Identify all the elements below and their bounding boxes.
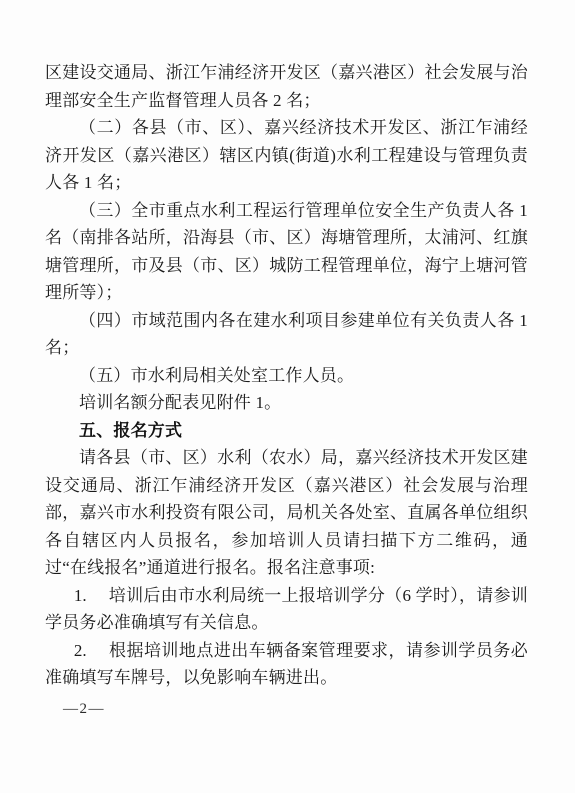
paragraph: （五）市水利局相关处室工作人员。: [45, 362, 528, 390]
paragraph-text: （五）市水利局相关处室工作人员。: [79, 366, 354, 385]
paragraph: 请各县（市、区）水利（农水）局，嘉兴经济技术开发区建设交通局、浙江乍浦经济开发区…: [45, 444, 528, 582]
paragraph-text: （四）市域范围内各在建水利项目参建单位有关负责人各 1 名；: [45, 311, 528, 358]
paragraph: 2.根据培训地点进出车辆备案管理要求，请参训学员务必准确填写车牌号，以免影响车辆…: [45, 637, 528, 692]
paragraph: （三）全市重点水利工程运行管理单位安全生产负责人各 1 名（南排各站所，沿海县（…: [45, 197, 528, 307]
paragraph-text: 请各县（市、区）水利（农水）局，嘉兴经济技术开发区建设交通局、浙江乍浦经济开发区…: [45, 448, 528, 577]
document-body: 区建设交通局、浙江乍浦经济开发区（嘉兴港区）社会发展与治理部安全生产监督管理人员…: [45, 59, 528, 692]
paragraph: （四）市域范围内各在建水利项目参建单位有关负责人各 1 名；: [45, 307, 528, 362]
paragraph-text: （二）各县（市、区）、嘉兴经济技术开发区、浙江乍浦经济开发区（嘉兴港区）辖区内镇…: [45, 118, 528, 192]
document-page: 区建设交通局、浙江乍浦经济开发区（嘉兴港区）社会发展与治理部安全生产监督管理人员…: [0, 0, 575, 793]
paragraph: （二）各县（市、区）、嘉兴经济技术开发区、浙江乍浦经济开发区（嘉兴港区）辖区内镇…: [45, 114, 528, 197]
paragraph-text: 培训名额分配表见附件 1。: [79, 393, 281, 412]
list-marker: 1.: [74, 586, 87, 605]
paragraph-text: 五、报名方式: [79, 421, 182, 440]
paragraph: 五、报名方式: [45, 417, 528, 445]
list-marker: 2.: [74, 641, 87, 660]
paragraph-text: 根据培训地点进出车辆备案管理要求，请参训学员务必准确填写车牌号，以免影响车辆进出…: [45, 641, 528, 688]
paragraph-text: 培训后由市水利局统一上报培训学分（6 学时），请参训学员务必准确填写有关信息。: [45, 586, 528, 633]
paragraph: 培训名额分配表见附件 1。: [45, 389, 528, 417]
paragraph-text: （三）全市重点水利工程运行管理单位安全生产负责人各 1 名（南排各站所，沿海县（…: [45, 201, 528, 303]
paragraph: 区建设交通局、浙江乍浦经济开发区（嘉兴港区）社会发展与治理部安全生产监督管理人员…: [45, 59, 528, 114]
paragraph: 1.培训后由市水利局统一上报培训学分（6 学时），请参训学员务必准确填写有关信息…: [45, 582, 528, 637]
paragraph-text: 区建设交通局、浙江乍浦经济开发区（嘉兴港区）社会发展与治理部安全生产监督管理人员…: [45, 63, 528, 110]
page-number: —2—: [63, 701, 105, 718]
